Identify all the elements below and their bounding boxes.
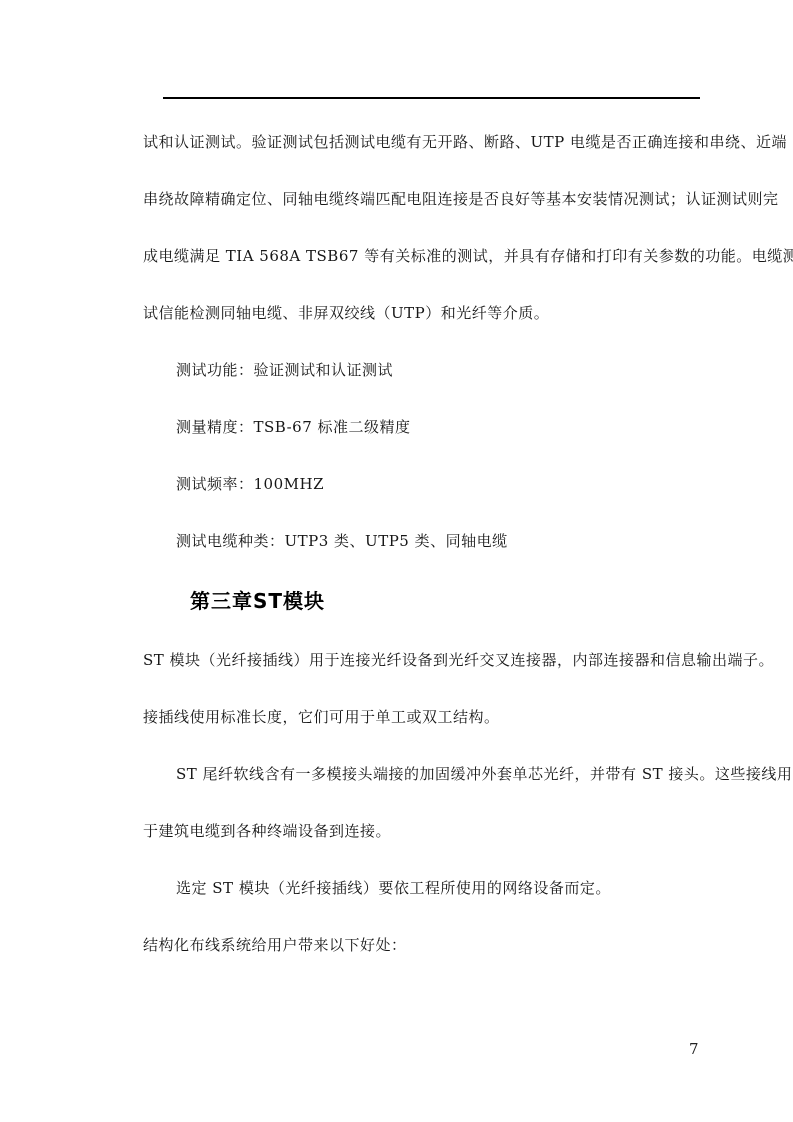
- text-line: 于建筑电缆到各种终端设备到连接。: [143, 803, 710, 860]
- text-line: 试信能检测同轴电缆、非屏双绞线（UTP）和光纤等介质。: [143, 285, 710, 342]
- header-rule: [163, 97, 700, 99]
- chapter-heading: 第三章ST模块: [143, 570, 710, 632]
- text-line: 选定 ST 模块（光纤接插线）要依工程所使用的网络设备而定。: [143, 860, 710, 917]
- text-line: 接插线使用标准长度，它们可用于单工或双工结构。: [143, 689, 710, 746]
- text-line: 测试频率：100MHZ: [143, 456, 710, 513]
- text-line: 结构化布线系统给用户带来以下好处：: [143, 917, 710, 974]
- document-body: 试和认证测试。验证测试包括测试电缆有无开路、断路、UTP 电缆是否正确连接和串绕…: [143, 114, 710, 974]
- page-number: 7: [689, 1036, 699, 1062]
- text-line: ST 模块（光纤接插线）用于连接光纤设备到光纤交叉连接器，内部连接器和信息输出端…: [143, 632, 710, 689]
- text-line: 测试功能：验证测试和认证测试: [143, 342, 710, 399]
- text-line: 测试电缆种类：UTP3 类、UTP5 类、同轴电缆: [143, 513, 710, 570]
- text-line: 成电缆满足 TIA 568A TSB67 等有关标准的测试，并具有存储和打印有关…: [143, 228, 710, 285]
- text-line: 串绕故障精确定位、同轴电缆终端匹配电阻连接是否良好等基本安装情况测试；认证测试则…: [143, 171, 710, 228]
- text-line: 测量精度：TSB-67 标准二级精度: [143, 399, 710, 456]
- document-page: 试和认证测试。验证测试包括测试电缆有无开路、断路、UTP 电缆是否正确连接和串绕…: [0, 0, 793, 1122]
- text-line: ST 尾纤软线含有一多模接头端接的加固缓冲外套单芯光纤，并带有 ST 接头。这些…: [143, 746, 710, 803]
- text-line: 试和认证测试。验证测试包括测试电缆有无开路、断路、UTP 电缆是否正确连接和串绕…: [143, 114, 710, 171]
